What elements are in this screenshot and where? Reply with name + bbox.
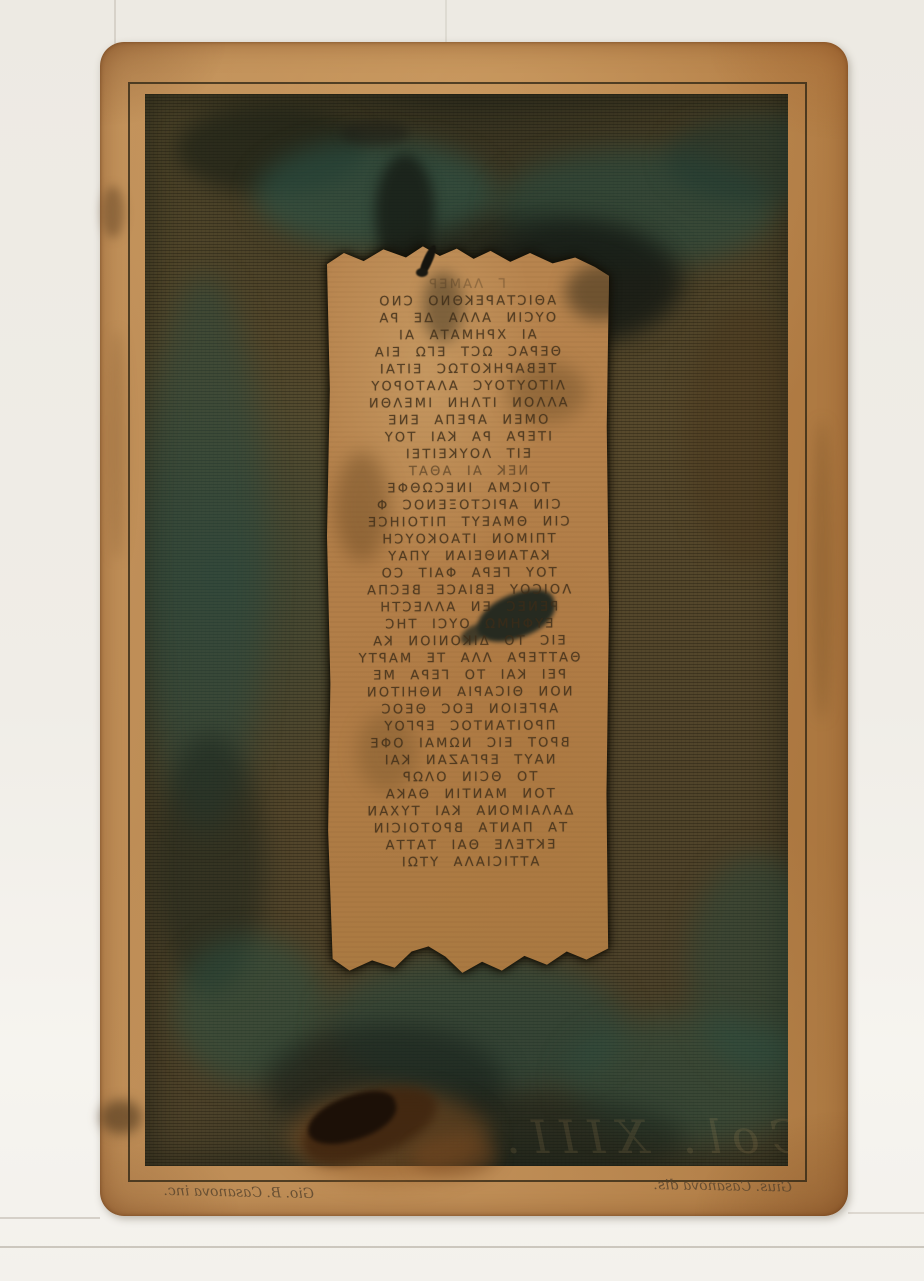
papyrus-text-line: ΑΤΤΙCΙΑΛΑ ΥΤΩΙ [334, 853, 604, 871]
papyrus-text-line: ΤΕΒΑΡΗΚΟΤΩC ΕΙΤΑΙ [332, 360, 602, 378]
margin-smudge [100, 1100, 142, 1134]
papyrus-text-line: ΕΚΤΕΛΕ ΘΑΙ ΤΑΤΤΑ [334, 836, 604, 854]
papyrus-text-line: ΑΙ ΧΡΗΜΑΤΑ ΑΙ [332, 326, 602, 344]
papyrus-text-line: ΕΥΦΗΜΩ ΟΥCΙ ΤΗC [333, 615, 603, 633]
patina-patch [685, 304, 788, 564]
papyrus-text-line: Γ ΛΑΜΕΡ [331, 275, 601, 293]
engraver-signature-right-mirrored: Gius. Casanova dis. [622, 1175, 792, 1198]
papyrus-text-line: CΙΝ ΑΡΙCΤΟΞΕΝΟC Φ [333, 496, 603, 514]
engraver-signature-left-mirrored: Gio. B. Casanova inc. [118, 1180, 314, 1204]
backdrop-crease [445, 0, 447, 44]
bottom-stain-halo [412, 1136, 498, 1176]
backdrop-seam-line [848, 1212, 924, 1214]
photograph-of-copper-plate: φιλοδημου περι ευσεβειας 13 Col. XIII. [0, 0, 924, 1281]
copper-plate: φιλοδημου περι ευσεβειας 13 Col. XIII. [100, 42, 848, 1216]
papyrus-text-line: ΡΕΙ ΚΑΙ ΤΟ ΓΕΡΑ ΜΕ [333, 666, 603, 684]
papyrus-text-line: ΘΑΤΤΕΡΑ ΛΛΑ ΤΕ ΜΑΡΤΥ [333, 649, 603, 667]
backdrop-seam-line [0, 1217, 100, 1219]
patina-spill [340, 120, 410, 146]
papyrus-text-line: ΤΟΥ ΓΕΡΑ ΦΑΙΤ CΟ [333, 564, 603, 582]
papyrus-text-column-mirrored: Γ ΛΑΜΕΡΑΘΙCΤΑΡΕΚΘΝΟ CΝΟΟΥCΙΝ ΑΛΛΑ ΔΕ ΡΑΑ… [331, 275, 604, 871]
papyrus-text-line: ΛΙΤΟΥΤΟΥC ΑΛΑΤΟΡΟΥ [332, 377, 602, 395]
papyrus-text-line: ΝΕΚ ΑΙ ΑΘΑΤ [332, 462, 602, 480]
papyrus-panel: Γ ΛΑΜΕΡΑΘΙCΤΑΡΕΚΘΝΟ CΝΟΟΥCΙΝ ΑΛΛΑ ΔΕ ΡΑΑ… [327, 242, 609, 978]
papyrus-text-line: ΠΡΟΙΤΑΝΤΟC ΕΡΓΟΥ [334, 717, 604, 735]
papyrus-text-line: ΝΑΥΤ ΕΡΓΑΖΑΝ ΚΑΙ [334, 751, 604, 769]
papyrus-text-line: ΡΕΝΕC ΕΝ ΑΛΛΕCΤΗ [333, 598, 603, 616]
papyrus-text-line: ΚΑΤΑΝΘΕΙΑΝ ΥΠΑΥ [333, 547, 603, 565]
papyrus-text-line: ΤΑ ΠΑΝΤΑ ΒΡΟΤΟΙCΙΝ [334, 819, 604, 837]
papyrus-text-line: ΒΡΟΤ ΕΙC ΝΩΜΑΙ ΟΦΕ [334, 734, 604, 752]
papyrus-text-line: ΟΥCΙΝ ΑΛΛΑ ΔΕ ΡΑ [332, 309, 602, 327]
papyrus-text-line: ΘΕΡΑC ΩCΤ ΕΓΩ ΕΙΑ [332, 343, 602, 361]
papyrus-panel-wrap: Γ ΛΑΜΕΡΑΘΙCΤΑΡΕΚΘΝΟ CΝΟΟΥCΙΝ ΑΛΛΑ ΔΕ ΡΑΑ… [327, 242, 609, 978]
papyrus-text-line: ΤΟΙCΜΑ ΙΝΕCΩΘΦΕ [333, 479, 603, 497]
backdrop-crease [114, 0, 116, 46]
papyrus-text-line: ΔΑΛΑΙΜΟΝΑ ΚΑΙ ΤΥΧΑΝ [334, 802, 604, 820]
papyrus-text-line: ΙΤΕΡΑ ΡΑ ΚΑΙ ΤΟΥ [332, 428, 602, 446]
papyrus-text-line: ΛΟΙCΟΥ ΕΒΙΑCΕ ΒΕCΠΑ [333, 581, 603, 599]
papyrus-text-line: ΑΡΓΕΙΟΝ ΕΟC ΘΕΟC [334, 700, 604, 718]
papyrus-text-line: ΑΘΙCΤΑΡΕΚΘΝΟ CΝΟ [332, 292, 602, 310]
papyrus-text-line: ΕΙC ΤΟ ΔΙΚΟΝΙΟΝ ΚΑ [333, 632, 603, 650]
margin-smudge [108, 330, 126, 560]
papyrus-text-line: ΕΙΤ ΛΟΥΚΕΙΤΕΙ [332, 445, 602, 463]
ghost-caption-mirrored: Col. XIII. [475, 1102, 788, 1166]
papyrus-text-line: ΑΛΛΟΝ ΙΤΛΗΝ ΙΜΕΛΘΝ [332, 394, 602, 412]
papyrus-text-line: CΙΝ ΘΜΑΕΥΤ ΠΙΤΟΙΗCΕ [333, 513, 603, 531]
papyrus-text-line: ΤΟΝ ΜΑΝΤΙΝ ΘΑΚΑ [334, 785, 604, 803]
papyrus-text-line: ΟΜΕΝ ΑΡΕΠΑ ΕΝΕ [332, 411, 602, 429]
papyrus-text-line: ΝΟΝ ΘΙCΑΡΙΑ ΝΘΗΙΤΟΝ [334, 683, 604, 701]
margin-smudge [102, 186, 124, 238]
backdrop-seam-line [0, 1246, 924, 1248]
papyrus-text-line: ΤΠΙΜΟΝ ΙΤΑΟΚΟΥCΗ [333, 530, 603, 548]
margin-smudge [812, 420, 832, 720]
ink-mark [416, 268, 428, 277]
papyrus-text-line: ΤΟ ΘCΙΝ ΟΛΩΡ [334, 768, 604, 786]
